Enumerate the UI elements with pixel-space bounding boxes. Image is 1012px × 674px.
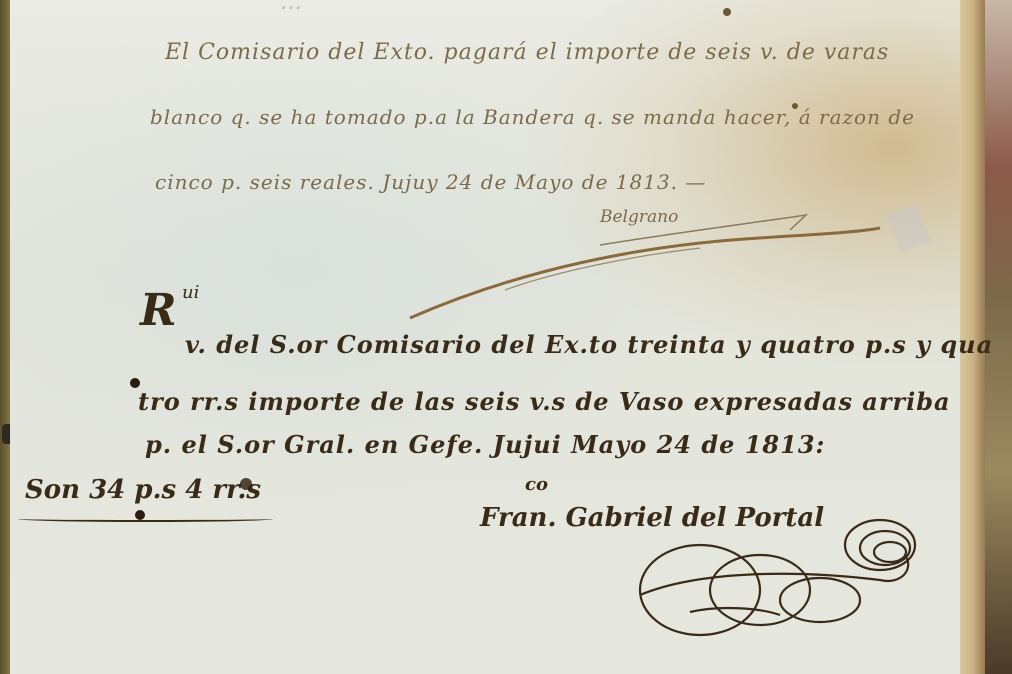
signature-flourishes xyxy=(0,0,1012,674)
